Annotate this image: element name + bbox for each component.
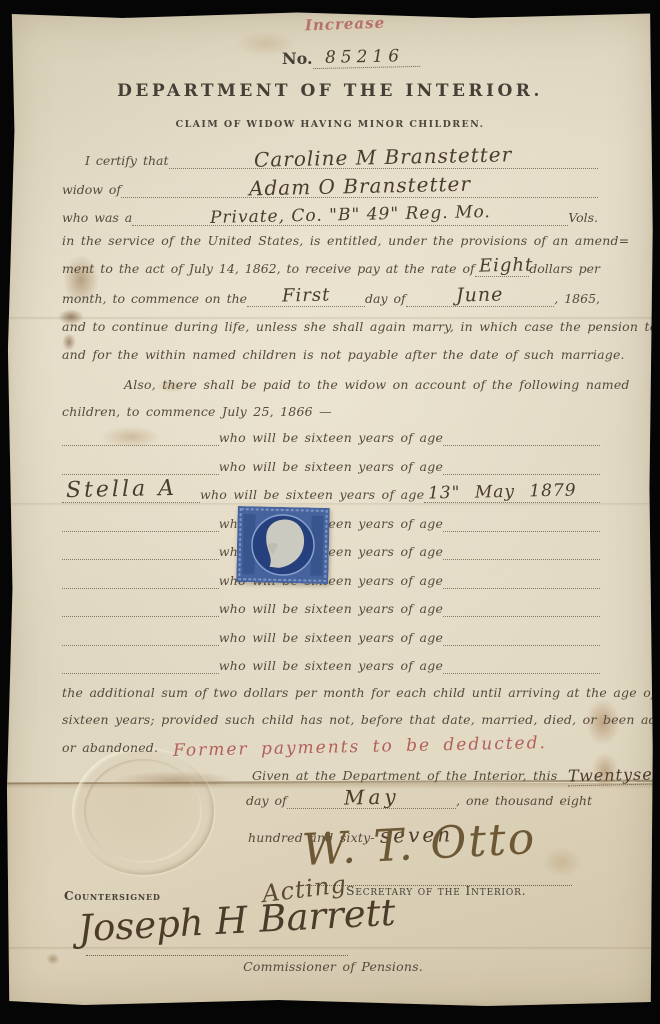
top-annotation: Increase	[36, 4, 654, 44]
stain	[46, 953, 60, 965]
document-subtitle: CLAIM OF WIDOW HAVING MINOR CHILDREN.	[6, 119, 654, 130]
red-note: Former payments to be deducted.	[173, 733, 547, 761]
widow-name: Caroline M Branstetter	[254, 144, 513, 169]
given-day-of-label: day of	[246, 793, 287, 809]
stain	[542, 847, 582, 877]
scanned-document: Increase No. 85216 DEPARTMENT OF THE INT…	[0, 0, 660, 1024]
body-line-6: Also, there shall be paid to the widow o…	[124, 377, 630, 392]
child-row: who will be sixteen years of age	[62, 534, 600, 560]
child-date: 13" May 1879	[428, 482, 577, 502]
who-was-label: who was a	[62, 210, 132, 226]
claim-number-label: No.	[282, 49, 313, 68]
certify-row: I certify that Caroline M Branstetter	[85, 143, 598, 169]
commence-month-value: June	[456, 286, 504, 306]
body-line-1: in the service of the United States, is …	[62, 233, 629, 248]
rate-value: Eight	[478, 256, 533, 275]
countersigned-label: Countersigned	[64, 889, 161, 903]
sixteen-label: who will be sixteen years of age	[219, 459, 443, 475]
given-row: Given at the Department of the Interior,…	[252, 765, 660, 785]
commence-day-value: First	[282, 286, 331, 305]
body-line-7: children, to commence July 25, 1866 —	[62, 404, 332, 419]
child-row: Stella A who will be sixteen years of ag…	[62, 477, 600, 503]
child-row: who will be sixteen years of age	[62, 563, 600, 589]
body-line-2b: dollars per	[529, 261, 600, 277]
postage-stamp-graphic	[236, 506, 330, 584]
embossed-seal-inner-ring	[84, 759, 202, 863]
commence-row: month, to commence on the First day of J…	[62, 281, 600, 307]
child-row: who will be sixteen years of age	[62, 449, 600, 475]
child-row: who will be sixteen years of age	[62, 620, 600, 646]
document-page: Increase No. 85216 DEPARTMENT OF THE INT…	[6, 11, 654, 1007]
sixteen-label: who will be sixteen years of age	[219, 658, 443, 674]
document-title: DEPARTMENT OF THE INTERIOR.	[6, 81, 654, 101]
commence-year: , 1865,	[554, 291, 600, 307]
sixteen-label: who will be sixteen years of age	[200, 487, 424, 503]
embossed-seal	[72, 747, 214, 875]
secretary-signature: W. T. Otto	[301, 813, 538, 876]
body-line-8: the additional sum of two dollars per mo…	[62, 685, 656, 700]
widow-of-row: widow of Adam O Branstetter	[62, 172, 598, 198]
abandoned-row: or abandoned. Former payments to be dedu…	[62, 737, 547, 757]
signature-line	[86, 955, 348, 956]
body-line-10: or abandoned.	[62, 740, 158, 755]
body-line-4: and to continue during life, unless she …	[62, 319, 660, 334]
thousand-label: , one thousand eight	[456, 793, 592, 809]
claim-number-value: 85216	[312, 46, 420, 69]
vols-label: Vols.	[568, 210, 598, 226]
commissioner-label: Commissioner of Pensions.	[198, 959, 468, 974]
service-value: Private, Co. "B" 49" Reg. Mo.	[210, 204, 491, 227]
service-row: who was a Private, Co. "B" 49" Reg. Mo. …	[62, 200, 598, 226]
sixteen-label: who will be sixteen years of age	[219, 630, 443, 646]
child-row: who will be sixteen years of age	[62, 506, 600, 532]
day-of-label: day of	[365, 291, 406, 307]
body-line-9: sixteen years; provided such child has n…	[62, 712, 660, 727]
body-line-3a: month, to commence on the	[62, 291, 247, 307]
sixteen-label: who will be sixteen years of age	[219, 430, 443, 446]
husband-name: Adam O Branstetter	[248, 174, 470, 199]
widow-of-label: widow of	[62, 182, 121, 198]
body-line-5: and for the within named children is not…	[62, 347, 625, 362]
given-month-value: May	[343, 786, 399, 807]
given-label: Given at the Department of the Interior,…	[252, 768, 557, 783]
certify-label: I certify that	[85, 153, 169, 169]
rate-row: ment to the act of July 14, 1862, to rec…	[62, 251, 600, 277]
child-row: who will be sixteen years of age	[62, 648, 600, 674]
body-line-2a: ment to the act of July 14, 1862, to rec…	[62, 261, 475, 277]
child-row: who will be sixteen years of age	[62, 420, 600, 446]
child-row: who will be sixteen years of age	[62, 591, 600, 617]
child-name: Stella A	[66, 478, 177, 502]
claim-number-block: No. 85216	[282, 47, 420, 68]
postage-stamp	[236, 506, 330, 584]
date-row: day of May , one thousand eight	[246, 783, 592, 809]
sixteen-label: who will be sixteen years of age	[219, 601, 443, 617]
